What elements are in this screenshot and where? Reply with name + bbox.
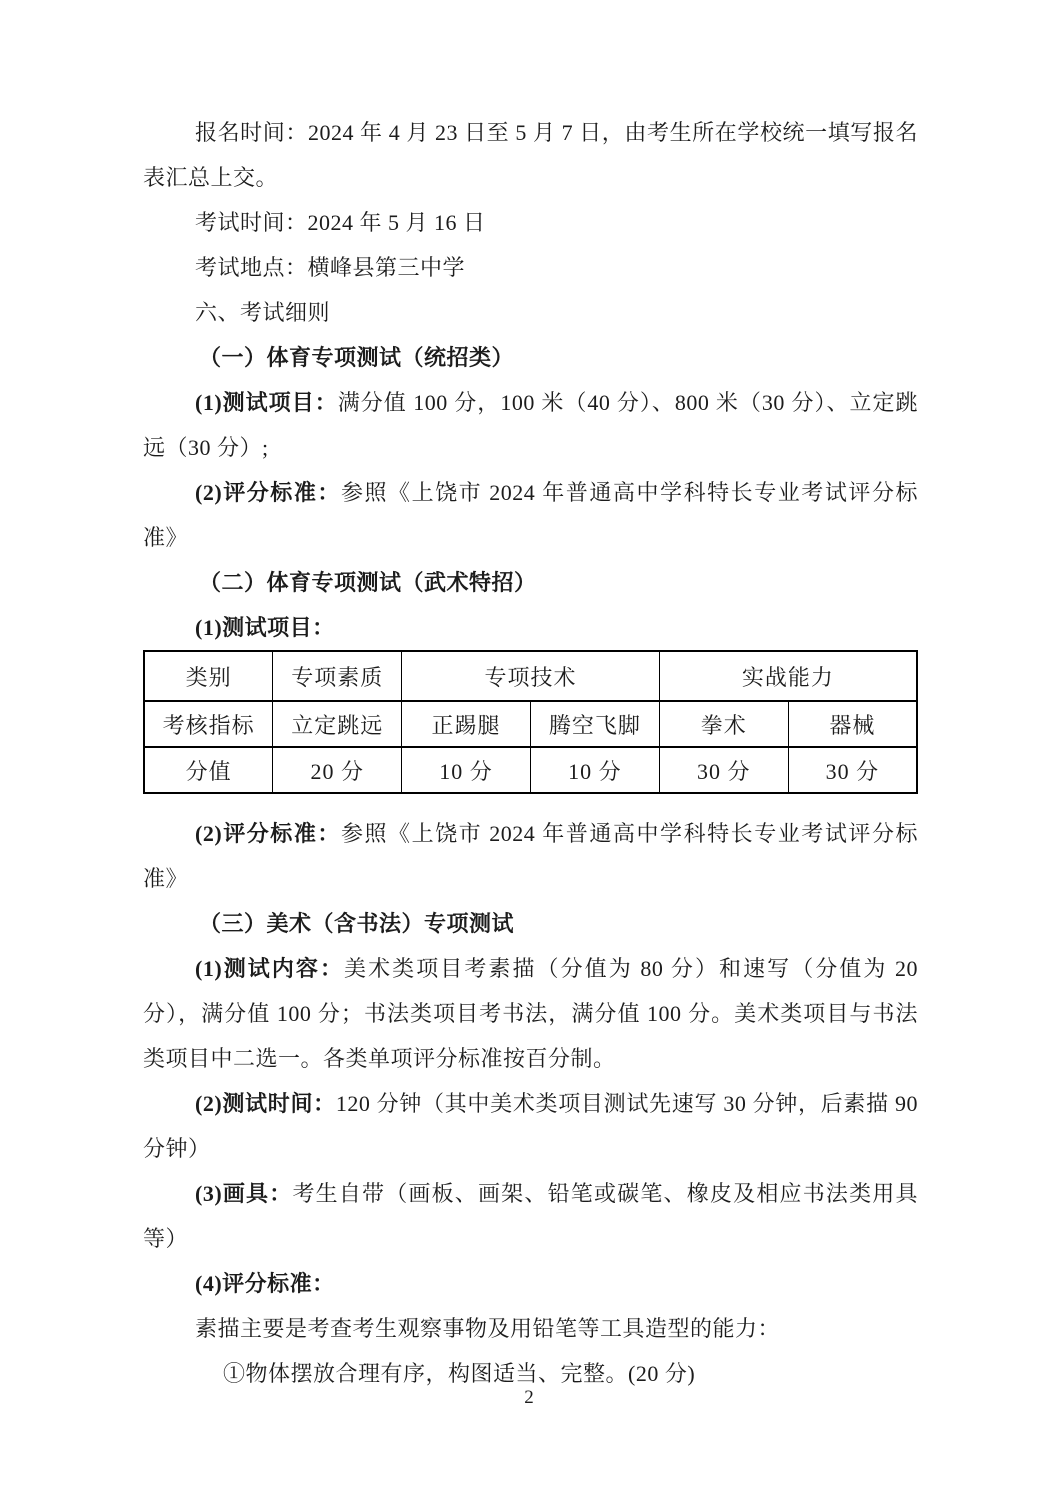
cell-special-quality: 专项素质 xyxy=(273,651,402,701)
item-label: (1)测试内容： xyxy=(195,956,344,981)
item-label: (3)画具： xyxy=(195,1181,292,1206)
cell-special-technique: 专项技术 xyxy=(402,651,660,701)
cell-apparatus: 器械 xyxy=(788,701,917,747)
paragraph-s2-test-items-label: (1)测试项目： xyxy=(143,605,918,650)
item-label: (2)测试时间： xyxy=(195,1091,336,1116)
paragraph-s3-scoring-standard-label: (4)评分标准： xyxy=(143,1261,918,1306)
item-label: (2)评分标准： xyxy=(195,821,341,846)
paragraph-s3-drawing-tools: (3)画具：考生自带（画板、画架、铅笔或碳笔、橡皮及相应书法类用具等） xyxy=(143,1171,918,1261)
item-label: (4)评分标准： xyxy=(195,1271,335,1296)
subsection-heading-pe-general: （一）体育专项测试（统招类） xyxy=(143,335,918,380)
page-number: 2 xyxy=(0,1387,1058,1409)
item-label: (1)测试项目： xyxy=(195,390,338,415)
document-page: 报名时间：2024 年 4 月 23 日至 5 月 7 日，由考生所在学校统一填… xyxy=(0,0,1058,1497)
cell-score-flying-kick: 10 分 xyxy=(530,747,659,793)
paragraph-sketch-intro: 素描主要是考查考生观察事物及用铅笔等工具造型的能力： xyxy=(143,1306,918,1351)
section-heading-exam-rules: 六、考试细则 xyxy=(143,290,918,335)
table-row-scores: 分值 20 分 10 分 10 分 30 分 30 分 xyxy=(144,747,917,793)
cell-score-front-kick: 10 分 xyxy=(402,747,531,793)
paragraph-exam-time: 考试时间：2024 年 5 月 16 日 xyxy=(143,200,918,245)
item-label: (1)测试项目： xyxy=(195,615,335,640)
cell-score-header: 分值 xyxy=(144,747,273,793)
paragraph-s2-scoring-standard: (2)评分标准：参照《上饶市 2024 年普通高中学科特长专业考试评分标准》 xyxy=(143,811,918,901)
cell-front-kick: 正踢腿 xyxy=(402,701,531,747)
cell-fist-art: 拳术 xyxy=(659,701,788,747)
paragraph-exam-place: 考试地点：横峰县第三中学 xyxy=(143,245,918,290)
cell-category-header: 类别 xyxy=(144,651,273,701)
table-row-category: 类别 专项素质 专项技术 实战能力 xyxy=(144,651,917,701)
paragraph-registration-time: 报名时间：2024 年 4 月 23 日至 5 月 7 日，由考生所在学校统一填… xyxy=(143,110,918,200)
cell-flying-kick: 腾空飞脚 xyxy=(530,701,659,747)
wushu-score-table: 类别 专项素质 专项技术 实战能力 考核指标 立定跳远 正踢腿 腾空飞脚 拳术 … xyxy=(143,650,918,794)
cell-standing-jump: 立定跳远 xyxy=(273,701,402,747)
cell-score-apparatus: 30 分 xyxy=(788,747,917,793)
cell-indicator-header: 考核指标 xyxy=(144,701,273,747)
paragraph-s3-test-duration: (2)测试时间：120 分钟（其中美术类项目测试先速写 30 分钟，后素描 90… xyxy=(143,1081,918,1171)
subsection-heading-art: （三）美术（含书法）专项测试 xyxy=(143,901,918,946)
table-row-indicators: 考核指标 立定跳远 正踢腿 腾空飞脚 拳术 器械 xyxy=(144,701,917,747)
paragraph-s1-scoring-standard: (2)评分标准：参照《上饶市 2024 年普通高中学科特长专业考试评分标准》 xyxy=(143,470,918,560)
cell-score-fist: 30 分 xyxy=(659,747,788,793)
subsection-heading-pe-wushu: （二）体育专项测试（武术特招） xyxy=(143,560,918,605)
cell-score-jump: 20 分 xyxy=(273,747,402,793)
paragraph-s1-test-items: (1)测试项目：满分值 100 分，100 米（40 分）、800 米（30 分… xyxy=(143,380,918,470)
item-label: (2)评分标准： xyxy=(195,480,341,505)
cell-combat-ability: 实战能力 xyxy=(659,651,917,701)
paragraph-s3-test-content: (1)测试内容：美术类项目考素描（分值为 80 分）和速写（分值为 20 分），… xyxy=(143,946,918,1081)
